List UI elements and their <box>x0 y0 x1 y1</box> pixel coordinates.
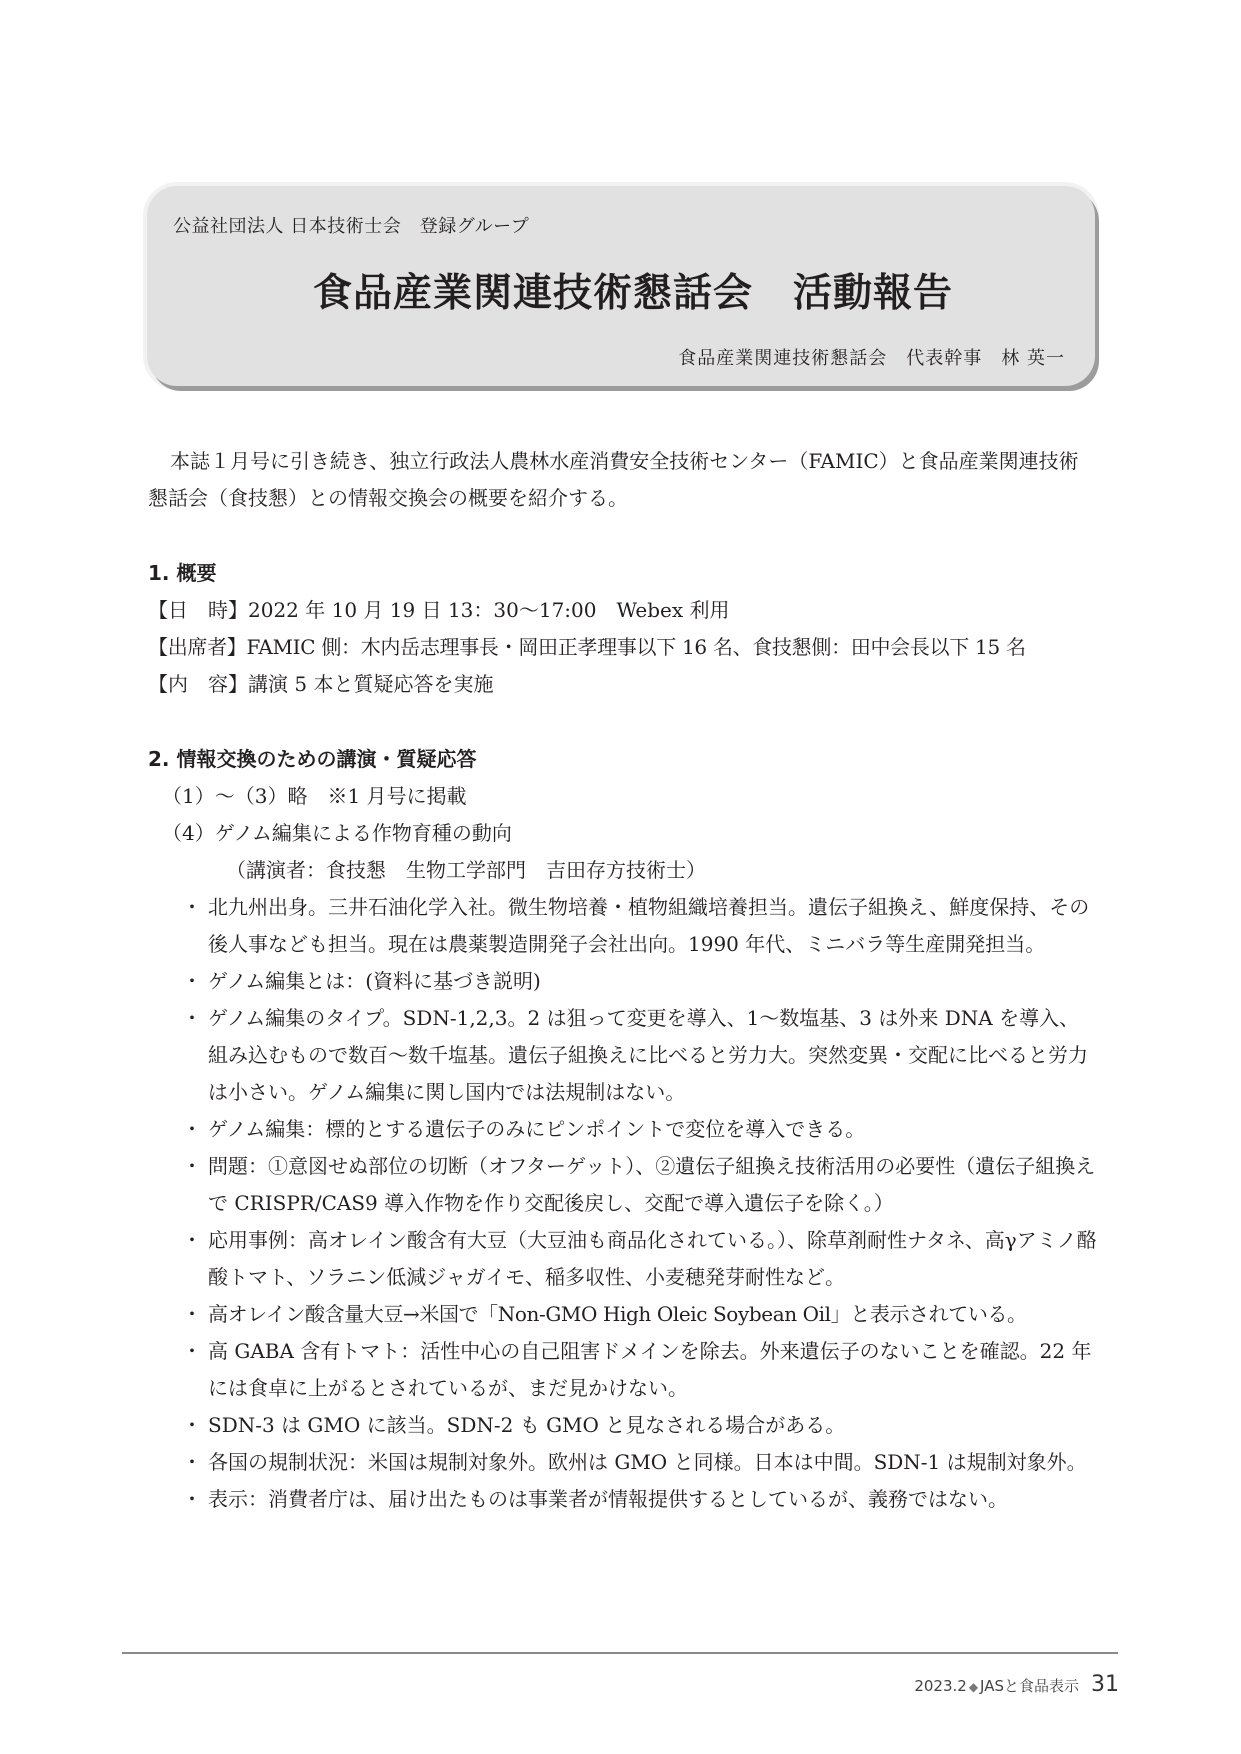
page-number: 31 <box>1091 1672 1119 1697</box>
section-heading-overview: 1. 概要 <box>148 555 1098 592</box>
article-body: 本誌１月号に引き続き、独立行政法人農林水産消費安全技術センター（FAMIC）と食… <box>148 443 1098 1518</box>
list-item: 応用事例：高オレイン酸含有大豆（大豆油も商品化されている。）、除草剤耐性ナタネ、… <box>188 1222 1098 1296</box>
list-item: 表示：消費者庁は、届け出たものは事業者が情報提供するとしているが、義務ではない。 <box>188 1481 1098 1518</box>
list-item: ゲノム編集のタイプ。SDN-1,2,3。2 は狙って変更を導入、1～数塩基、3 … <box>188 1000 1098 1111</box>
intro-paragraph: 本誌１月号に引き続き、独立行政法人農林水産消費安全技術センター（FAMIC）と食… <box>148 443 1098 517</box>
list-item: 各国の規制状況：米国は規制対象外。欧州は GMO と同様。日本は中間。SDN-1… <box>188 1444 1098 1481</box>
list-item: ゲノム編集：標的とする遺伝子のみにピンポイントで変位を導入できる。 <box>188 1111 1098 1148</box>
list-item: ゲノム編集とは：(資料に基づき説明) <box>188 963 1098 1000</box>
list-item: 高 GABA 含有トマト：活性中心の自己阻害ドメインを除去。外来遺伝子のないこと… <box>188 1333 1098 1407</box>
page-footer: 2023.2◆JASと食品表示31 <box>914 1672 1119 1697</box>
issue-label: 2023.2 <box>914 1677 967 1695</box>
overview-row-attendees: 【出席者】FAMIC 側：木内岳志理事長・岡田正孝理事以下 16 名、食技懇側：… <box>148 629 1098 666</box>
lecture-speaker: （講演者：食技懇 生物工学部門 吉田存方技術士） <box>148 852 1098 889</box>
page-title: 食品産業関連技術懇話会 活動報告 <box>147 262 1095 318</box>
list-item: 高オレイン酸含量大豆→米国で「Non-GMO High Oleic Soybea… <box>188 1296 1098 1333</box>
overview-row-content: 【内 容】講演 5 本と質疑応答を実施 <box>148 666 1098 703</box>
list-item: 北九州出身。三井石油化学入社。微生物培養・植物組織培養担当。遺伝子組換え、鮮度保… <box>188 889 1098 963</box>
list-item: SDN-3 は GMO に該当。SDN-2 も GMO と見なされる場合がある。 <box>188 1407 1098 1444</box>
diamond-icon: ◆ <box>969 1680 978 1694</box>
footer-divider <box>122 1652 1118 1654</box>
organization-line: 公益社団法人 日本技術士会 登録グループ <box>173 212 529 238</box>
lecture-item-1-3: （1）～（3）略 ※1 月号に掲載 <box>148 778 1098 815</box>
publication-name: JASと食品表示 <box>980 1677 1079 1695</box>
section-heading-lectures: 2. 情報交換のための講演・質疑応答 <box>148 741 1098 778</box>
overview-row-date: 【日 時】2022 年 10 月 19 日 13：30～17:00 Webex … <box>148 592 1098 629</box>
list-item: 問題：①意図せぬ部位の切断（オフターゲット）、②遺伝子組換え技術活用の必要性（遺… <box>188 1148 1098 1222</box>
author-line: 食品産業関連技術懇話会 代表幹事 林 英一 <box>678 344 1065 370</box>
lecture-item-4: （4）ゲノム編集による作物育種の動向 <box>148 815 1098 852</box>
lecture-notes-list: 北九州出身。三井石油化学入社。微生物培養・植物組織培養担当。遺伝子組換え、鮮度保… <box>148 889 1098 1518</box>
article-header-box: 公益社団法人 日本技術士会 登録グループ 食品産業関連技術懇話会 活動報告 食品… <box>147 186 1095 386</box>
